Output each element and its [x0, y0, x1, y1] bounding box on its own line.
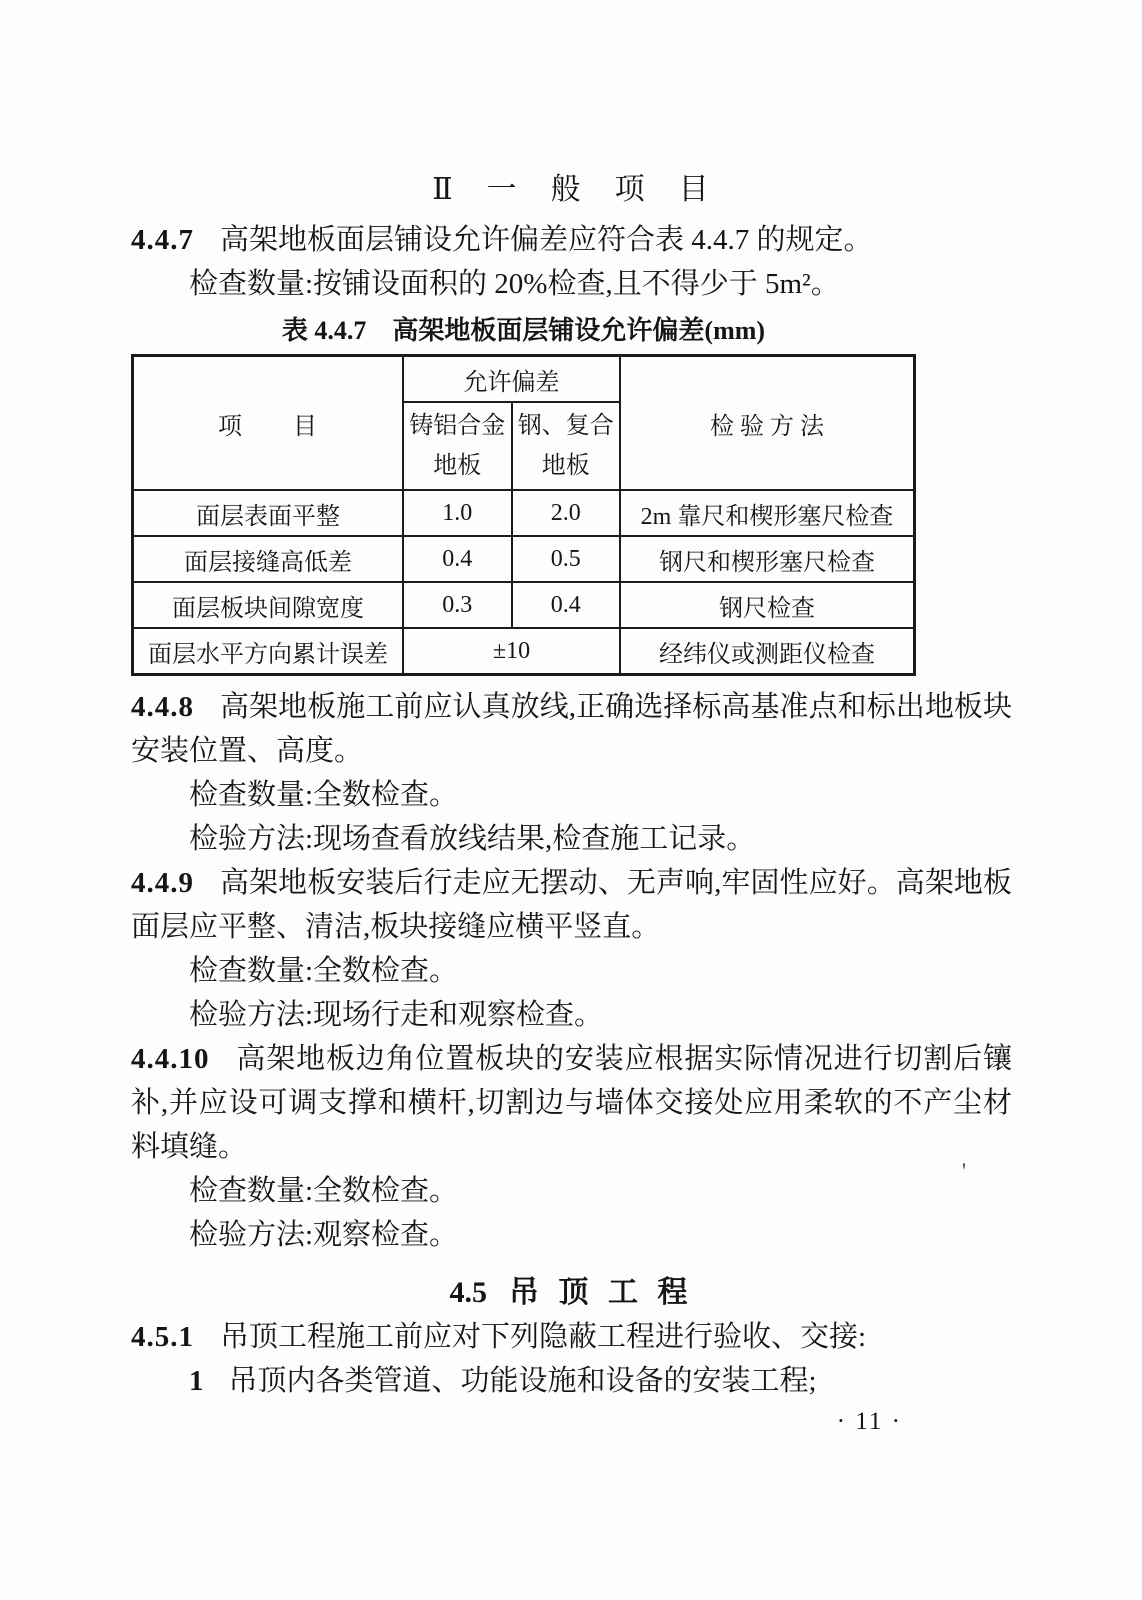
scan-artifact-mark: ': [962, 1158, 966, 1184]
page-content: Ⅱ 一 般 项 目 4.4.7高架地板面层铺设允许偏差应符合表 4.4.7 的规…: [131, 168, 1012, 1403]
cell-steel-composite: 0.4: [512, 582, 621, 628]
document-page: Ⅱ 一 般 项 目 4.4.7高架地板面层铺设允许偏差应符合表 4.4.7 的规…: [0, 0, 1142, 1600]
table-caption: 表 4.4.7 高架地板面层铺设允许偏差(mm): [131, 314, 916, 348]
cell-item: 面层水平方向累计误差: [133, 628, 404, 675]
clause-4-4-10-check-quantity: 检查数量:全数检查。: [131, 1169, 1012, 1213]
clause-4-4-8-check-quantity: 检查数量:全数检查。: [131, 773, 1012, 817]
clause-4-4-9-text: 高架地板安装后行走应无摆动、无声响,牢固性应好。高架地板面层应平整、清洁,板块接…: [131, 867, 1012, 943]
clause-4-4-7: 4.4.7高架地板面层铺设允许偏差应符合表 4.4.7 的规定。: [131, 218, 1012, 262]
cell-cast-aluminum: 0.4: [403, 536, 512, 582]
cell-merged-value: ±10: [403, 628, 620, 675]
clause-4-4-8: 4.4.8高架地板施工前应认真放线,正确选择标高基准点和标出地板块安装位置、高度…: [131, 685, 1012, 773]
clause-4-4-8-number: 4.4.8: [131, 691, 194, 723]
clause-4-4-7-check-quantity: 检查数量:按铺设面积的 20%检查,且不得少于 5m²。: [131, 262, 1012, 306]
subsection-header: Ⅱ 一 般 项 目: [131, 168, 1012, 212]
header-cell-allowed-deviation: 允许偏差: [403, 356, 620, 403]
cell-cast-aluminum: 0.3: [403, 582, 512, 628]
table-row: 面层水平方向累计误差 ±10 经纬仪或测距仪检查: [133, 628, 915, 675]
cell-steel-composite: 0.5: [512, 536, 621, 582]
table-row: 面层接缝高低差 0.4 0.5 钢尺和楔形塞尺检查: [133, 536, 915, 582]
table-row: 面层表面平整 1.0 2.0 2m 靠尺和楔形塞尺检查: [133, 490, 915, 536]
section-4-5-title: 吊 顶 工 程: [509, 1276, 694, 1309]
header-cell-item: 项 目: [133, 356, 404, 491]
clause-4-4-10: 4.4.10高架地板边角位置板块的安装应根据实际情况进行切割后镶补,并应设可调支…: [131, 1037, 1012, 1169]
clause-4-4-9-number: 4.4.9: [131, 867, 194, 899]
cell-item: 面层接缝高低差: [133, 536, 404, 582]
clause-4-4-7-text: 高架地板面层铺设允许偏差应符合表 4.4.7 的规定。: [220, 224, 873, 256]
deviation-table: 项 目 允许偏差 检 验 方 法 铸铝合金 地板 钢、复合 地板 面层表面平整 …: [131, 354, 916, 676]
clause-4-4-10-number: 4.4.10: [131, 1043, 210, 1075]
clause-4-4-8-text: 高架地板施工前应认真放线,正确选择标高基准点和标出地板块安装位置、高度。: [131, 691, 1012, 767]
clause-4-4-9-check-method: 检验方法:现场行走和观察检查。: [131, 993, 1012, 1037]
cell-item: 面层表面平整: [133, 490, 404, 536]
header-cell-method: 检 验 方 法: [620, 356, 915, 491]
cell-method: 钢尺和楔形塞尺检查: [620, 536, 915, 582]
cell-method: 2m 靠尺和楔形塞尺检查: [620, 490, 915, 536]
cell-steel-composite: 2.0: [512, 490, 621, 536]
cell-method: 经纬仪或测距仪检查: [620, 628, 915, 675]
page-number: · 11 ·: [837, 1408, 902, 1436]
table-header-row-1: 项 目 允许偏差 检 验 方 法: [133, 356, 915, 403]
cell-item: 面层板块间隙宽度: [133, 582, 404, 628]
list-item-text: 吊顶内各类管道、功能设施和设备的安装工程;: [229, 1365, 817, 1397]
clause-4-4-7-number: 4.4.7: [131, 224, 194, 256]
table-row: 面层板块间隙宽度 0.3 0.4 钢尺检查: [133, 582, 915, 628]
clause-4-4-9-check-quantity: 检查数量:全数检查。: [131, 949, 1012, 993]
clause-4-5-1-text: 吊顶工程施工前应对下列隐蔽工程进行验收、交接:: [220, 1321, 866, 1353]
clause-4-5-1-number: 4.5.1: [131, 1321, 194, 1353]
clause-4-5-1-list-item-1: 1吊顶内各类管道、功能设施和设备的安装工程;: [131, 1359, 1012, 1403]
clause-4-5-1: 4.5.1吊顶工程施工前应对下列隐蔽工程进行验收、交接:: [131, 1315, 1012, 1359]
clause-4-4-10-check-method: 检验方法:观察检查。: [131, 1213, 1012, 1257]
cell-cast-aluminum: 1.0: [403, 490, 512, 536]
section-4-5-number: 4.5: [450, 1276, 488, 1309]
cell-method: 钢尺检查: [620, 582, 915, 628]
list-item-number: 1: [189, 1365, 205, 1397]
clause-4-4-10-text: 高架地板边角位置板块的安装应根据实际情况进行切割后镶补,并应设可调支撑和横杆,切…: [131, 1043, 1012, 1163]
section-4-5-heading: 4.5吊 顶 工 程: [131, 1271, 1012, 1315]
header-cell-steel-composite: 钢、复合 地板: [512, 402, 621, 490]
header-cell-cast-aluminum: 铸铝合金 地板: [403, 402, 512, 490]
clause-4-4-8-check-method: 检验方法:现场查看放线结果,检查施工记录。: [131, 817, 1012, 861]
clause-4-4-9: 4.4.9高架地板安装后行走应无摆动、无声响,牢固性应好。高架地板面层应平整、清…: [131, 861, 1012, 949]
